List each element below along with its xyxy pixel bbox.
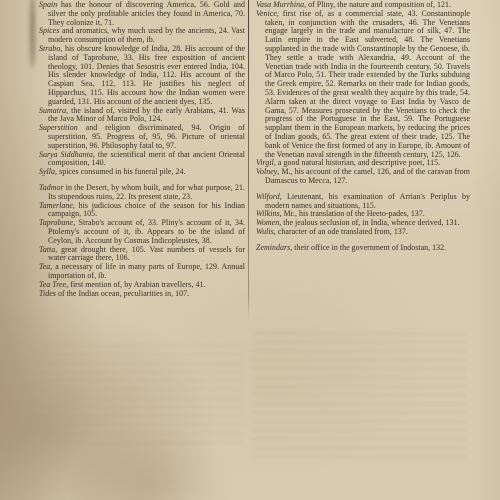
index-column-right: Vasa Murrhina, of Pliny, the nature and … xyxy=(256,1,470,253)
entry-term: Taprobane xyxy=(39,218,73,227)
entry-text: , the island of, visited by the early Ar… xyxy=(48,106,245,124)
index-entry: Tatta, great drought there, 105. Vast nu… xyxy=(39,246,245,264)
entry-term: Virgil xyxy=(256,158,274,167)
index-entry: Sumatra, the island of, visited by the e… xyxy=(39,107,245,125)
entry-text: in the Desert, by whom built, and for wh… xyxy=(48,183,245,201)
index-entry: Tides of the Indian ocean, peculiarities… xyxy=(39,290,245,299)
index-entry: Surya Siddhanta, the scientifical merit … xyxy=(39,151,245,169)
entry-term: Wilkins xyxy=(256,209,280,218)
entry-text: has the honour of discovering America, 5… xyxy=(48,0,245,27)
entry-text: , first rise of, as a commercial state, … xyxy=(265,9,470,159)
index-entry: Superstition and religion discriminated,… xyxy=(39,124,245,150)
entry-term: Spices xyxy=(39,26,59,35)
column-divider xyxy=(248,0,249,320)
entry-term: Spain xyxy=(39,0,57,9)
entry-term: Superstition xyxy=(39,123,78,132)
index-entry: Zemindars, their office in the governmen… xyxy=(256,244,470,253)
entry-text: , first mention of, by Arabian traveller… xyxy=(66,280,205,289)
entry-term: Volney xyxy=(256,167,277,176)
bleed-through-texture xyxy=(42,344,242,444)
index-entry: Sylla, spices consumed in his funeral pi… xyxy=(39,168,245,177)
entry-term: Tadmor xyxy=(39,183,64,192)
entry-term: Wilford xyxy=(256,192,280,201)
entry-text: , his judicious choice of the season for… xyxy=(48,201,245,219)
entry-text: , spices consumed in his funeral pile, 2… xyxy=(55,167,186,176)
index-entry: Taprobane, Strabo's account of, 33. Plin… xyxy=(39,219,245,245)
entry-text: , Lieutenant, his examination of Arrian'… xyxy=(265,192,470,210)
index-entry: Strabo, his obscure knowledge of India, … xyxy=(39,45,245,107)
entry-text: , great drought there, 105. Vast numbers… xyxy=(48,245,245,263)
index-entry: Tamerlane, his judicious choice of the s… xyxy=(39,202,245,220)
entry-term: Wulis xyxy=(256,227,274,236)
entry-text: of the Indian ocean, peculiarities in, 1… xyxy=(56,289,189,298)
entry-text: and aromatics, why much used by the anci… xyxy=(48,26,245,44)
index-entry: Venice, first rise of, as a commercial s… xyxy=(256,10,470,160)
page-gutter-shadow xyxy=(30,0,35,68)
entry-term: Tides xyxy=(39,289,56,298)
entry-term: Surya Siddhanta xyxy=(39,150,93,159)
index-entry: Tea, a necessary of life in many parts o… xyxy=(39,263,245,281)
entry-term: Venice xyxy=(256,9,277,18)
entry-text: , character of an ode translated from, 1… xyxy=(274,227,408,236)
entry-term: Vasa Murrhina xyxy=(256,0,304,9)
entry-text: and religion discriminated, 94. Origin o… xyxy=(48,123,245,150)
entry-term: Strabo xyxy=(39,44,60,53)
index-column-left: Spain has the honour of discovering Amer… xyxy=(39,1,245,298)
entry-text: , a good natural historian, and descript… xyxy=(274,158,440,167)
entry-term: Zemindars xyxy=(256,243,290,252)
entry-term: Sylla xyxy=(39,167,55,176)
index-entry: Volney, M., his account of the camel, 12… xyxy=(256,168,470,186)
entry-term: Tamerlane xyxy=(39,201,73,210)
index-entry: Wulis, character of an ode translated fr… xyxy=(256,228,470,237)
entry-text: , his obscure knowledge of India, 28. Hi… xyxy=(48,44,245,106)
entry-text: , of Pliny, the nature and composition o… xyxy=(304,0,451,9)
bleed-through-texture xyxy=(252,332,466,460)
book-page: Spain has the honour of discovering Amer… xyxy=(0,0,500,500)
entry-term: Sumatra xyxy=(39,106,66,115)
index-entry: Spices and aromatics, why much used by t… xyxy=(39,27,245,45)
entry-text: , Mr., his translation of the Heeto-pade… xyxy=(280,209,425,218)
entry-text: , their office in the government of Indo… xyxy=(290,243,446,252)
entry-text: , M., his account of the camel, 126, and… xyxy=(265,167,470,185)
entry-term: Tea Tree xyxy=(39,280,66,289)
index-entry: Spain has the honour of discovering Amer… xyxy=(39,1,245,27)
entry-term: Women xyxy=(256,218,279,227)
entry-text: , the jealous seclusion of, in India, wh… xyxy=(279,218,459,227)
entry-term: Tea xyxy=(39,262,50,271)
index-entry: Wilford, Lieutenant, his examination of … xyxy=(256,193,470,211)
entry-text: , a necessary of life in many parts of E… xyxy=(48,262,245,280)
index-entry: Tadmor in the Desert, by whom built, and… xyxy=(39,184,245,202)
entry-term: Tatta xyxy=(39,245,55,254)
entry-text: , Strabo's account of, 33. Pliny's accou… xyxy=(48,218,245,245)
